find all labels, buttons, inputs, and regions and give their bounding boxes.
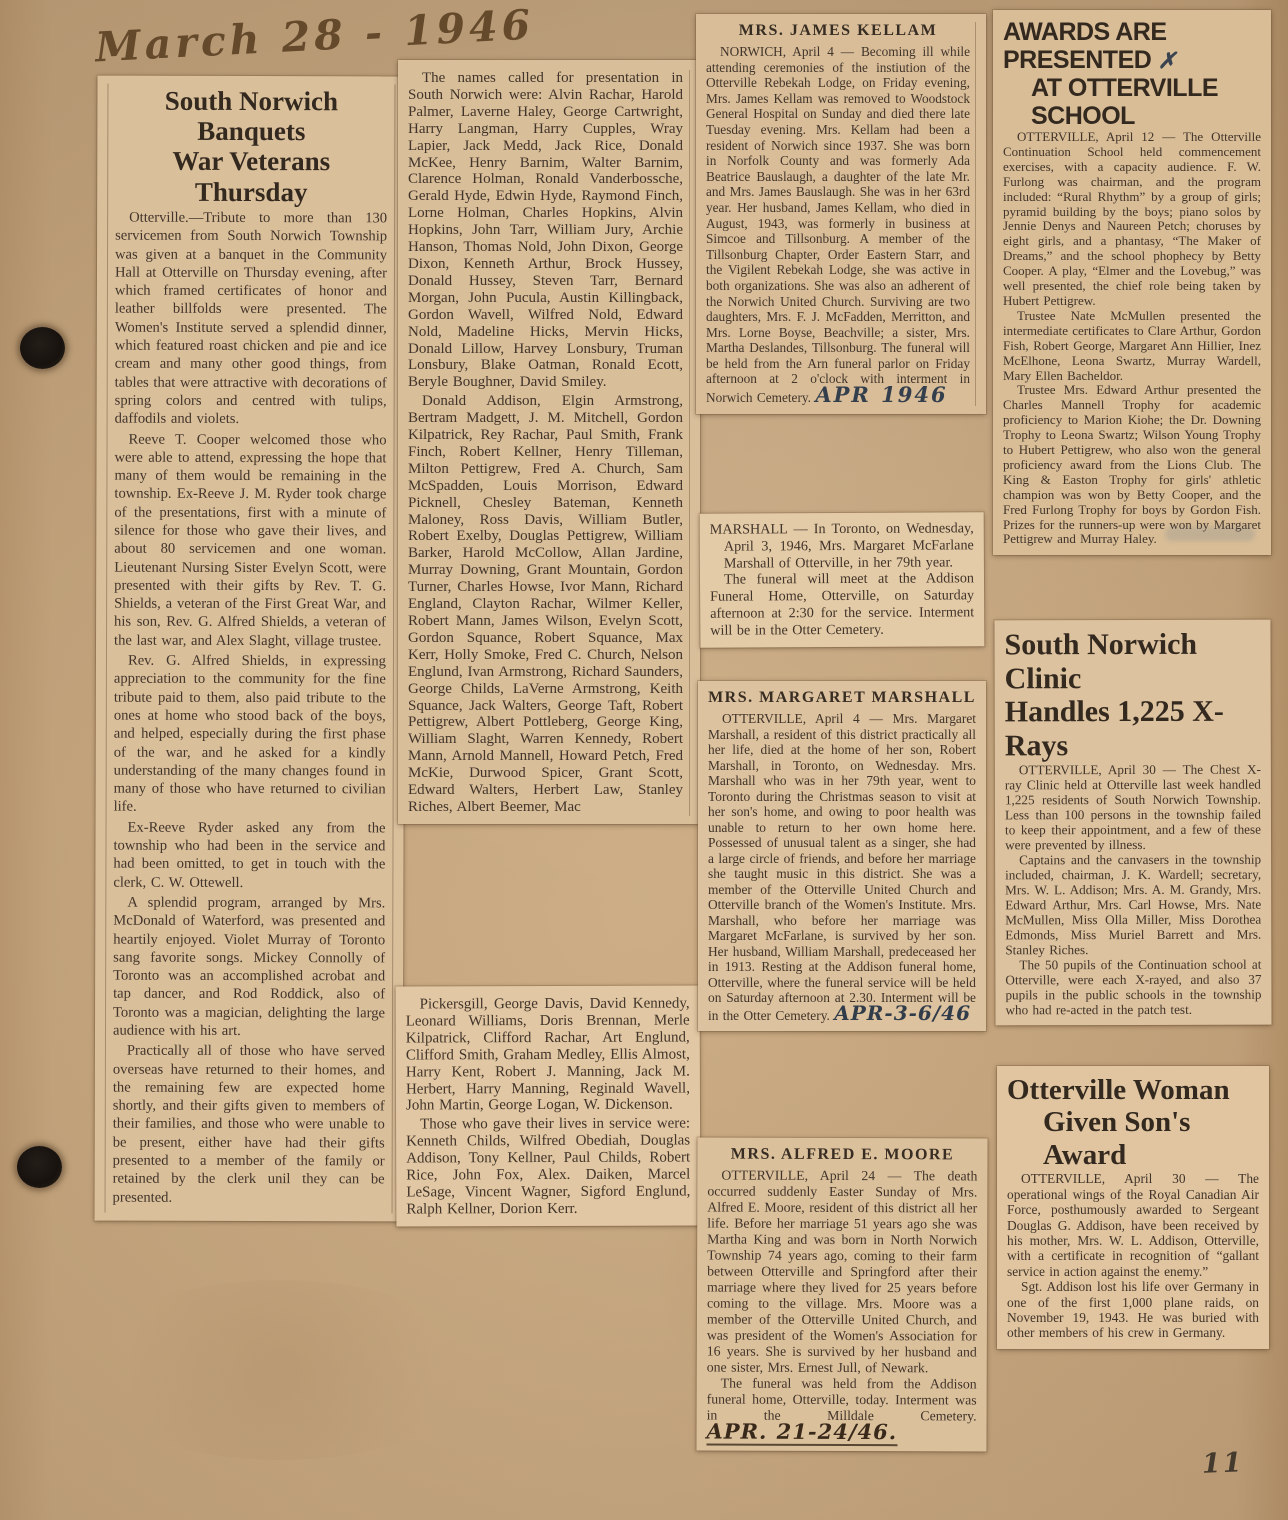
margaret-marshall-body: OTTERVILLE, April 4 — Mrs. Margaret Mars…: [708, 711, 976, 1023]
clinic-headline-line2: Handles 1,225 X-Rays: [1005, 695, 1224, 762]
handwritten-annotation-kellam: APR 1946: [815, 382, 947, 407]
awards-paragraph: Trustee Mrs. Edward Arthur presented the…: [1003, 383, 1261, 547]
clinic-headline-line1: South Norwich Clinic: [1004, 628, 1197, 695]
scrapbook-page: March 28 - 1946 South Norwich Banquets W…: [0, 0, 1288, 1520]
names-paragraph: Donald Addison, Elgin Armstrong, Bertram…: [408, 393, 683, 816]
moore-paragraph: The funeral was held from the Addison fu…: [706, 1376, 976, 1444]
clinic-paragraph: The 50 pupils of the Continuation school…: [1005, 957, 1261, 1018]
handwritten-page-number: 11: [1201, 1447, 1244, 1479]
names-paragraph: Pickersgill, George Davis, David Kennedy…: [406, 996, 690, 1115]
moore-paragraph-text: The funeral was held from the Addison fu…: [707, 1376, 977, 1424]
margaret-marshall-body-text: OTTERVILLE, April 4 — Mrs. Margaret Mars…: [708, 711, 976, 1023]
marshall-notice-paragraph: The funeral will meet at the Addison Fun…: [710, 571, 974, 640]
clinic-paragraph: OTTERVILLE, April 30 — The Chest X-ray C…: [1005, 762, 1261, 853]
clipping-clinic-article: South Norwich Clinic Handles 1,225 X-Ray…: [994, 620, 1271, 1026]
marshall-notice-paragraph: MARSHALL — In Toronto, on Wednesday, Apr…: [710, 520, 974, 572]
awards-headline: AWARDS ARE PRESENTED ✗ AT OTTERVILLE SCH…: [1003, 18, 1261, 130]
moore-title: MRS. ALFRED E. MOORE: [707, 1146, 977, 1165]
handwritten-check-mark: ✗: [1158, 48, 1176, 74]
sons-award-headline-line2: Given Son's Award: [1007, 1106, 1259, 1171]
sons-award-headline: Otterville Woman Given Son's Award: [1007, 1074, 1259, 1171]
banquet-paragraph: Rev. G. Alfred Shields, in expressing ap…: [114, 652, 386, 817]
awards-paragraph: OTTERVILLE, April 12 — The Otterville Co…: [1003, 130, 1261, 309]
clipping-marshall-death-notice: MARSHALL — In Toronto, on Wednesday, Apr…: [700, 512, 985, 647]
clipping-sons-award-article: Otterville Woman Given Son's Award OTTER…: [997, 1066, 1269, 1349]
handwritten-annotation-marshall: APR-3-6/46: [834, 1001, 971, 1025]
banquet-headline: South Norwich Banquets War Veterans Thur…: [115, 86, 387, 208]
sons-award-headline-line1: Otterville Woman: [1007, 1074, 1230, 1106]
banquet-paragraph: Practically all of those who have served…: [113, 1042, 385, 1207]
banquet-paragraph: Otterville.—Tribute to more than 130 ser…: [115, 209, 388, 429]
clipping-banquet-article: South Norwich Banquets War Veterans Thur…: [95, 76, 406, 1222]
banquet-headline-line2: War Veterans Thursday: [172, 146, 330, 207]
awards-paragraph: Trustee Nate McMullen presented the inte…: [1003, 309, 1261, 384]
kellam-body-text: NORWICH, April 4 — Becoming ill while at…: [706, 44, 970, 405]
punch-hole-top: [20, 327, 65, 369]
punch-hole-bottom: [17, 1146, 62, 1188]
clipping-kellam-obituary: MRS. JAMES KELLAM NORWICH, April 4 — Bec…: [696, 14, 986, 414]
banquet-column: South Norwich Banquets War Veterans Thur…: [105, 84, 396, 1214]
kellam-body: NORWICH, April 4 — Becoming ill while at…: [706, 44, 970, 406]
kellam-column: MRS. JAMES KELLAM NORWICH, April 4 — Bec…: [706, 22, 976, 406]
banquet-paragraph: Ex-Reeve Ryder asked any from the townsh…: [113, 818, 385, 892]
handwritten-annotation-moore: APR. 21-24/46.: [706, 1419, 897, 1447]
clipping-moore-obituary: MRS. ALFRED E. MOORE OTTERVILLE, April 2…: [696, 1137, 987, 1451]
clipping-names-list-lower: Pickersgill, George Davis, David Kennedy…: [396, 985, 701, 1226]
clipping-names-list-upper: The names called for presentation in Sou…: [398, 60, 700, 824]
banquet-paragraph: A splendid program, arranged by Mrs. McD…: [113, 894, 385, 1041]
moore-paragraph: OTTERVILLE, April 24 — The death occurre…: [707, 1168, 978, 1377]
ink-smudge: [1165, 527, 1255, 541]
clipping-margaret-marshall-obituary: MRS. MARGARET MARSHALL OTTERVILLE, April…: [698, 681, 986, 1031]
banquet-headline-line1: South Norwich Banquets: [165, 86, 338, 147]
awards-headline-line1: AWARDS ARE PRESENTED: [1003, 18, 1167, 74]
kellam-title: MRS. JAMES KELLAM: [706, 22, 970, 40]
names-column: The names called for presentation in Sou…: [408, 70, 690, 816]
names-paragraph: The names called for presentation in Sou…: [408, 70, 683, 391]
awards-headline-line2: AT OTTERVILLE SCHOOL: [1003, 74, 1261, 130]
names-paragraph: Those who gave their lives in service we…: [406, 1116, 690, 1218]
sons-award-paragraph: Sgt. Addison lost his life over Germany …: [1007, 1279, 1259, 1341]
clinic-paragraph: Captains and the canvasers in the townsh…: [1005, 852, 1261, 958]
age-stain: [80, 1280, 480, 1460]
sons-award-paragraph: OTTERVILLE, April 30 — The operational w…: [1007, 1171, 1259, 1279]
clipping-awards-article: AWARDS ARE PRESENTED ✗ AT OTTERVILLE SCH…: [993, 10, 1271, 555]
banquet-paragraph: Reeve T. Cooper welcomed those who were …: [114, 430, 387, 650]
clinic-headline: South Norwich Clinic Handles 1,225 X-Ray…: [1004, 628, 1260, 763]
margaret-marshall-title: MRS. MARGARET MARSHALL: [708, 689, 976, 707]
